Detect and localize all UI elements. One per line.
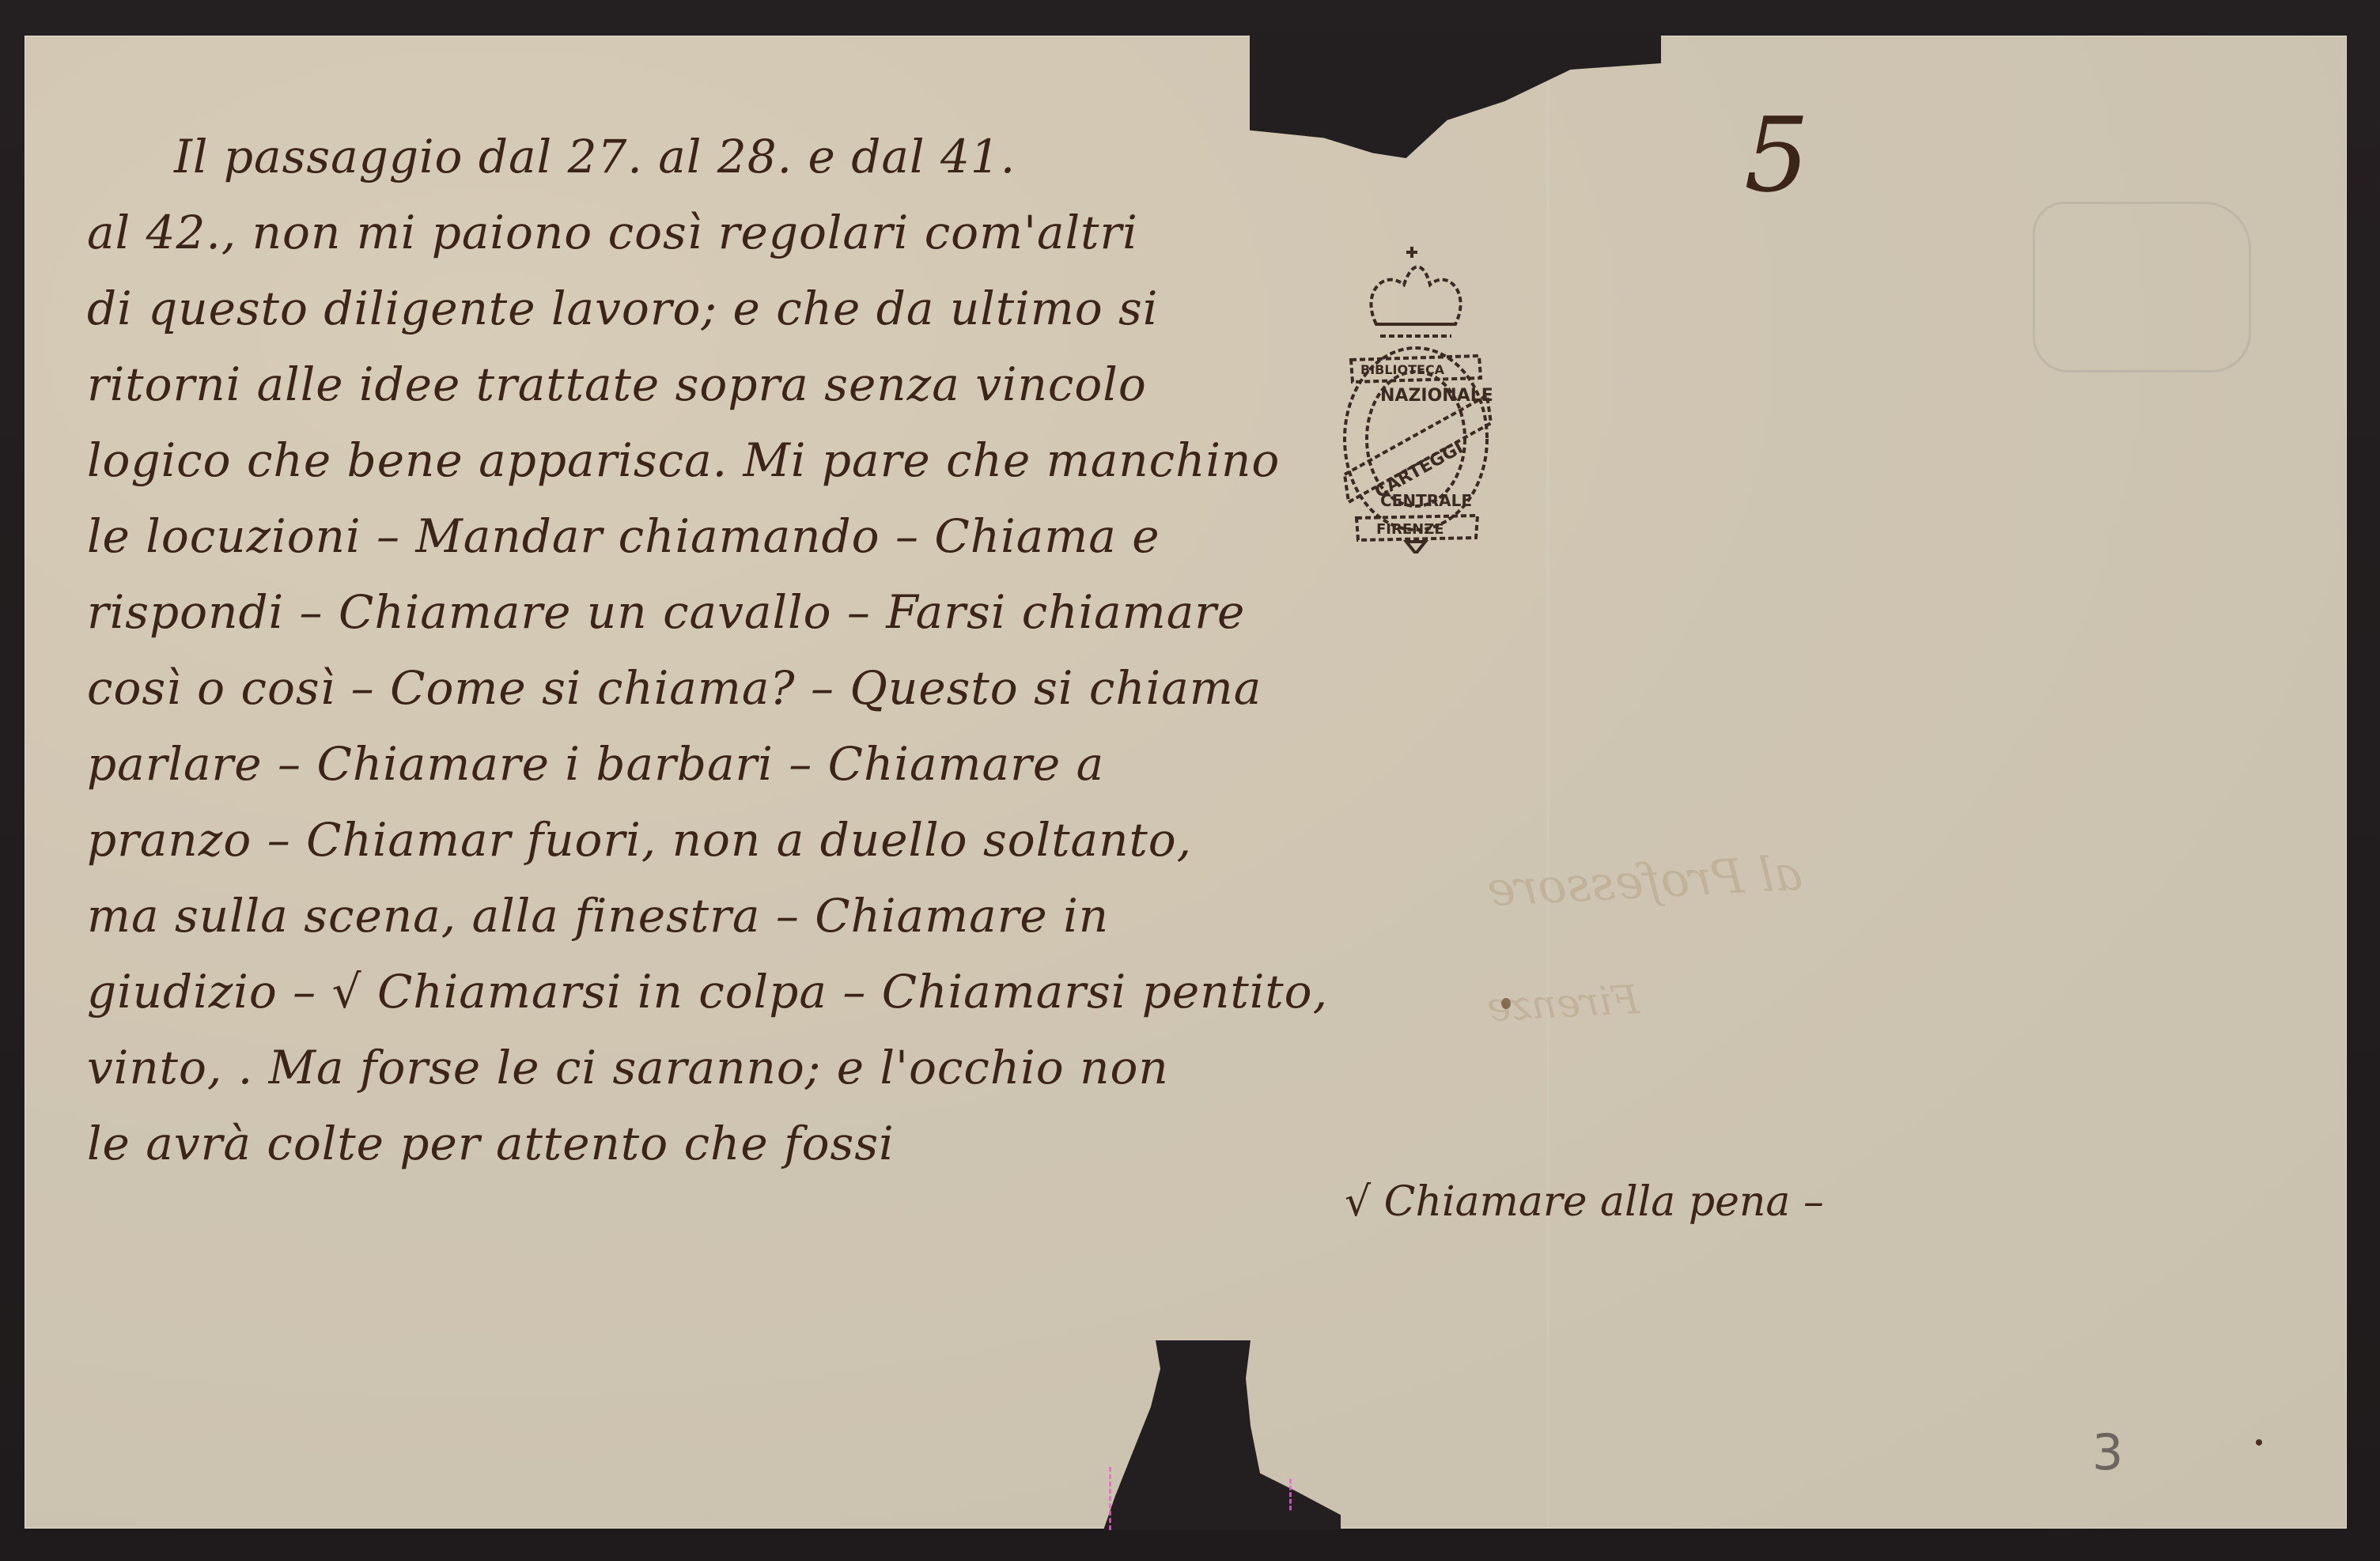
stamp-line: FIRENZE [1376,521,1444,538]
letter-body: Il passaggio dal 27. al 28. e dal 41. al… [87,119,1392,1181]
text-line: ma sulla scena, alla finestra – Chiamare… [87,878,1392,954]
pink-pencil-mark [1289,1479,1296,1510]
text-line: giudizio – √ Chiamarsi in colpa – Chiama… [87,954,1392,1030]
crown-seal-icon: BIBLIOTECA NAZIONALE CARTEGGI CENTRALE F… [1337,237,1495,554]
faint-embossed-stamp [2033,202,2251,372]
text-line: parlare – Chiamare i barbari – Chiamare … [87,726,1392,802]
pink-pencil-mark [1109,1467,1116,1530]
text-line: vinto, . Ma forse le ci saranno; e l'occ… [87,1030,1392,1106]
text-line: pranzo – Chiamar fuori, non a duello sol… [87,802,1392,878]
text-line: le locuzioni – Mandar chiamando – Chiama… [87,498,1392,574]
paper-fold-crease [1546,36,1549,1528]
stamp-line: NAZIONALE [1380,386,1493,406]
text-line: logico che bene apparisca. Mi pare che m… [87,422,1392,498]
text-line: ritorni alle idee trattate sopra senza v… [87,346,1392,422]
text-line: di questo diligente lavoro; e che da ult… [87,270,1392,346]
text-line: Il passaggio dal 27. al 28. e dal 41. [87,119,1392,195]
text-line: al 42., non mi paiono così regolari com'… [87,195,1392,270]
text-line: le avrà colte per attento che fossi [87,1106,1392,1181]
text-line: così o così – Come si chiama? – Questo s… [87,650,1392,726]
text-line: rispondi – Chiamare un cavallo – Farsi c… [87,574,1392,650]
folio-number: 5 [1744,95,1810,215]
marginal-note: √ Chiamare alla pena – [1345,1178,1824,1226]
ink-spot [2256,1439,2262,1446]
library-stamp: BIBLIOTECA NAZIONALE CARTEGGI CENTRALE F… [1337,237,1495,554]
stamp-line: BIBLIOTECA [1360,362,1445,377]
stamp-line: CENTRALE [1380,491,1472,510]
ink-spot [1501,998,1511,1009]
pencil-page-number: 3 [2092,1423,2123,1481]
